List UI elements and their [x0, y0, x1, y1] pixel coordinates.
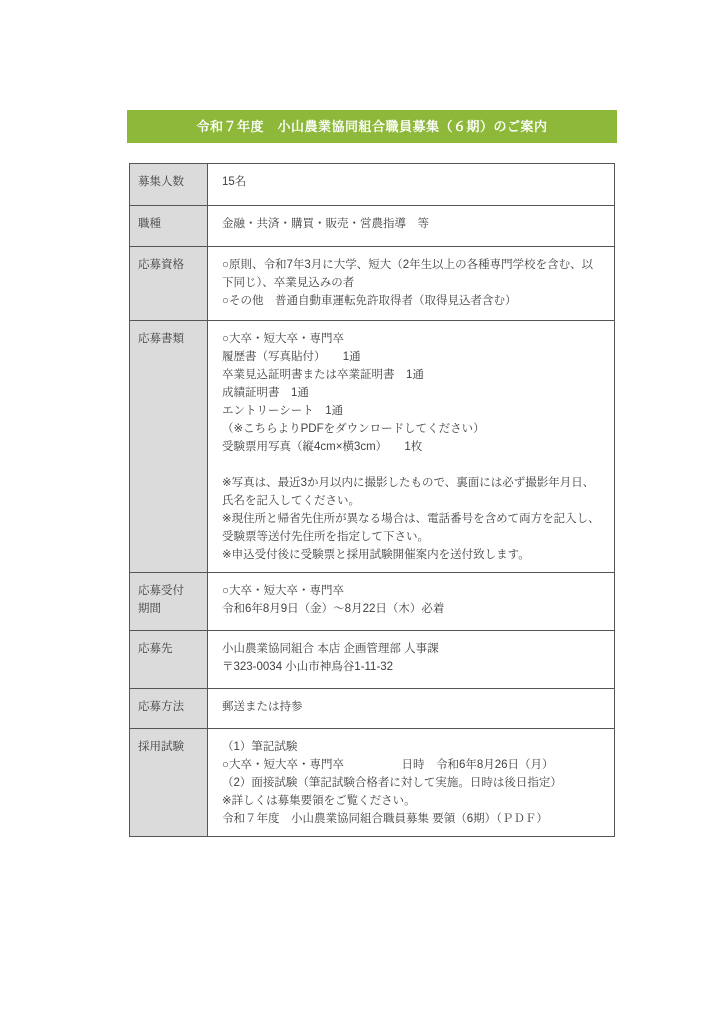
- row-value: ○大卒・短大卒・専門卒 令和6年8月9日（金）～8月22日（木）必着: [208, 573, 615, 631]
- row-label: 応募先: [130, 631, 208, 689]
- row-label: 採用試験: [130, 729, 208, 837]
- table-row-documents: 応募書類 ○大卒・短大卒・専門卒 履歴書（写真貼付） 1通 卒業見込証明書または…: [130, 321, 615, 573]
- row-label: 応募受付 期間: [130, 573, 208, 631]
- table-row-application-method: 応募方法 郵送または持参: [130, 689, 615, 729]
- row-value: 金融・共済・購買・販売・営農指導 等: [208, 206, 615, 247]
- table-row-job-type: 職種 金融・共済・購買・販売・営農指導 等: [130, 206, 615, 247]
- banner-title: 令和７年度 小山農業協同組合職員募集（６期）のご案内: [196, 119, 547, 134]
- row-label: 職種: [130, 206, 208, 247]
- page: { "banner": { "title": "令和７年度 小山農業協同組合職員…: [0, 0, 725, 1024]
- row-value: （1）筆記試験 ○大卒・短大卒・専門卒 日時 令和6年8月26日（月） （2）面…: [208, 729, 615, 837]
- row-label: 応募資格: [130, 247, 208, 321]
- table-row-application-period: 応募受付 期間 ○大卒・短大卒・専門卒 令和6年8月9日（金）～8月22日（木）…: [130, 573, 615, 631]
- table-row-exam: 採用試験 （1）筆記試験 ○大卒・短大卒・専門卒 日時 令和6年8月26日（月）…: [130, 729, 615, 837]
- row-value: 15名: [208, 164, 615, 206]
- table-row-qualifications: 応募資格 ○原則、令和7年3月に大学、短大（2年生以上の各種専門学校を含む、以下…: [130, 247, 615, 321]
- row-label: 応募書類: [130, 321, 208, 573]
- row-value: ○原則、令和7年3月に大学、短大（2年生以上の各種専門学校を含む、以下同じ）、卒…: [208, 247, 615, 321]
- table-row-recruit-count: 募集人数 15名: [130, 164, 615, 206]
- row-label: 募集人数: [130, 164, 208, 206]
- recruitment-info-table: 募集人数 15名 職種 金融・共済・購買・販売・営農指導 等 応募資格 ○原則、…: [129, 163, 615, 837]
- row-value: 小山農業協同組合 本店 企画管理部 人事課 〒323-0034 小山市神鳥谷1-…: [208, 631, 615, 689]
- table-row-application-address: 応募先 小山農業協同組合 本店 企画管理部 人事課 〒323-0034 小山市神…: [130, 631, 615, 689]
- row-value: 郵送または持参: [208, 689, 615, 729]
- page-banner: 令和７年度 小山農業協同組合職員募集（６期）のご案内: [127, 110, 617, 143]
- row-label: 応募方法: [130, 689, 208, 729]
- row-value: ○大卒・短大卒・専門卒 履歴書（写真貼付） 1通 卒業見込証明書または卒業証明書…: [208, 321, 615, 573]
